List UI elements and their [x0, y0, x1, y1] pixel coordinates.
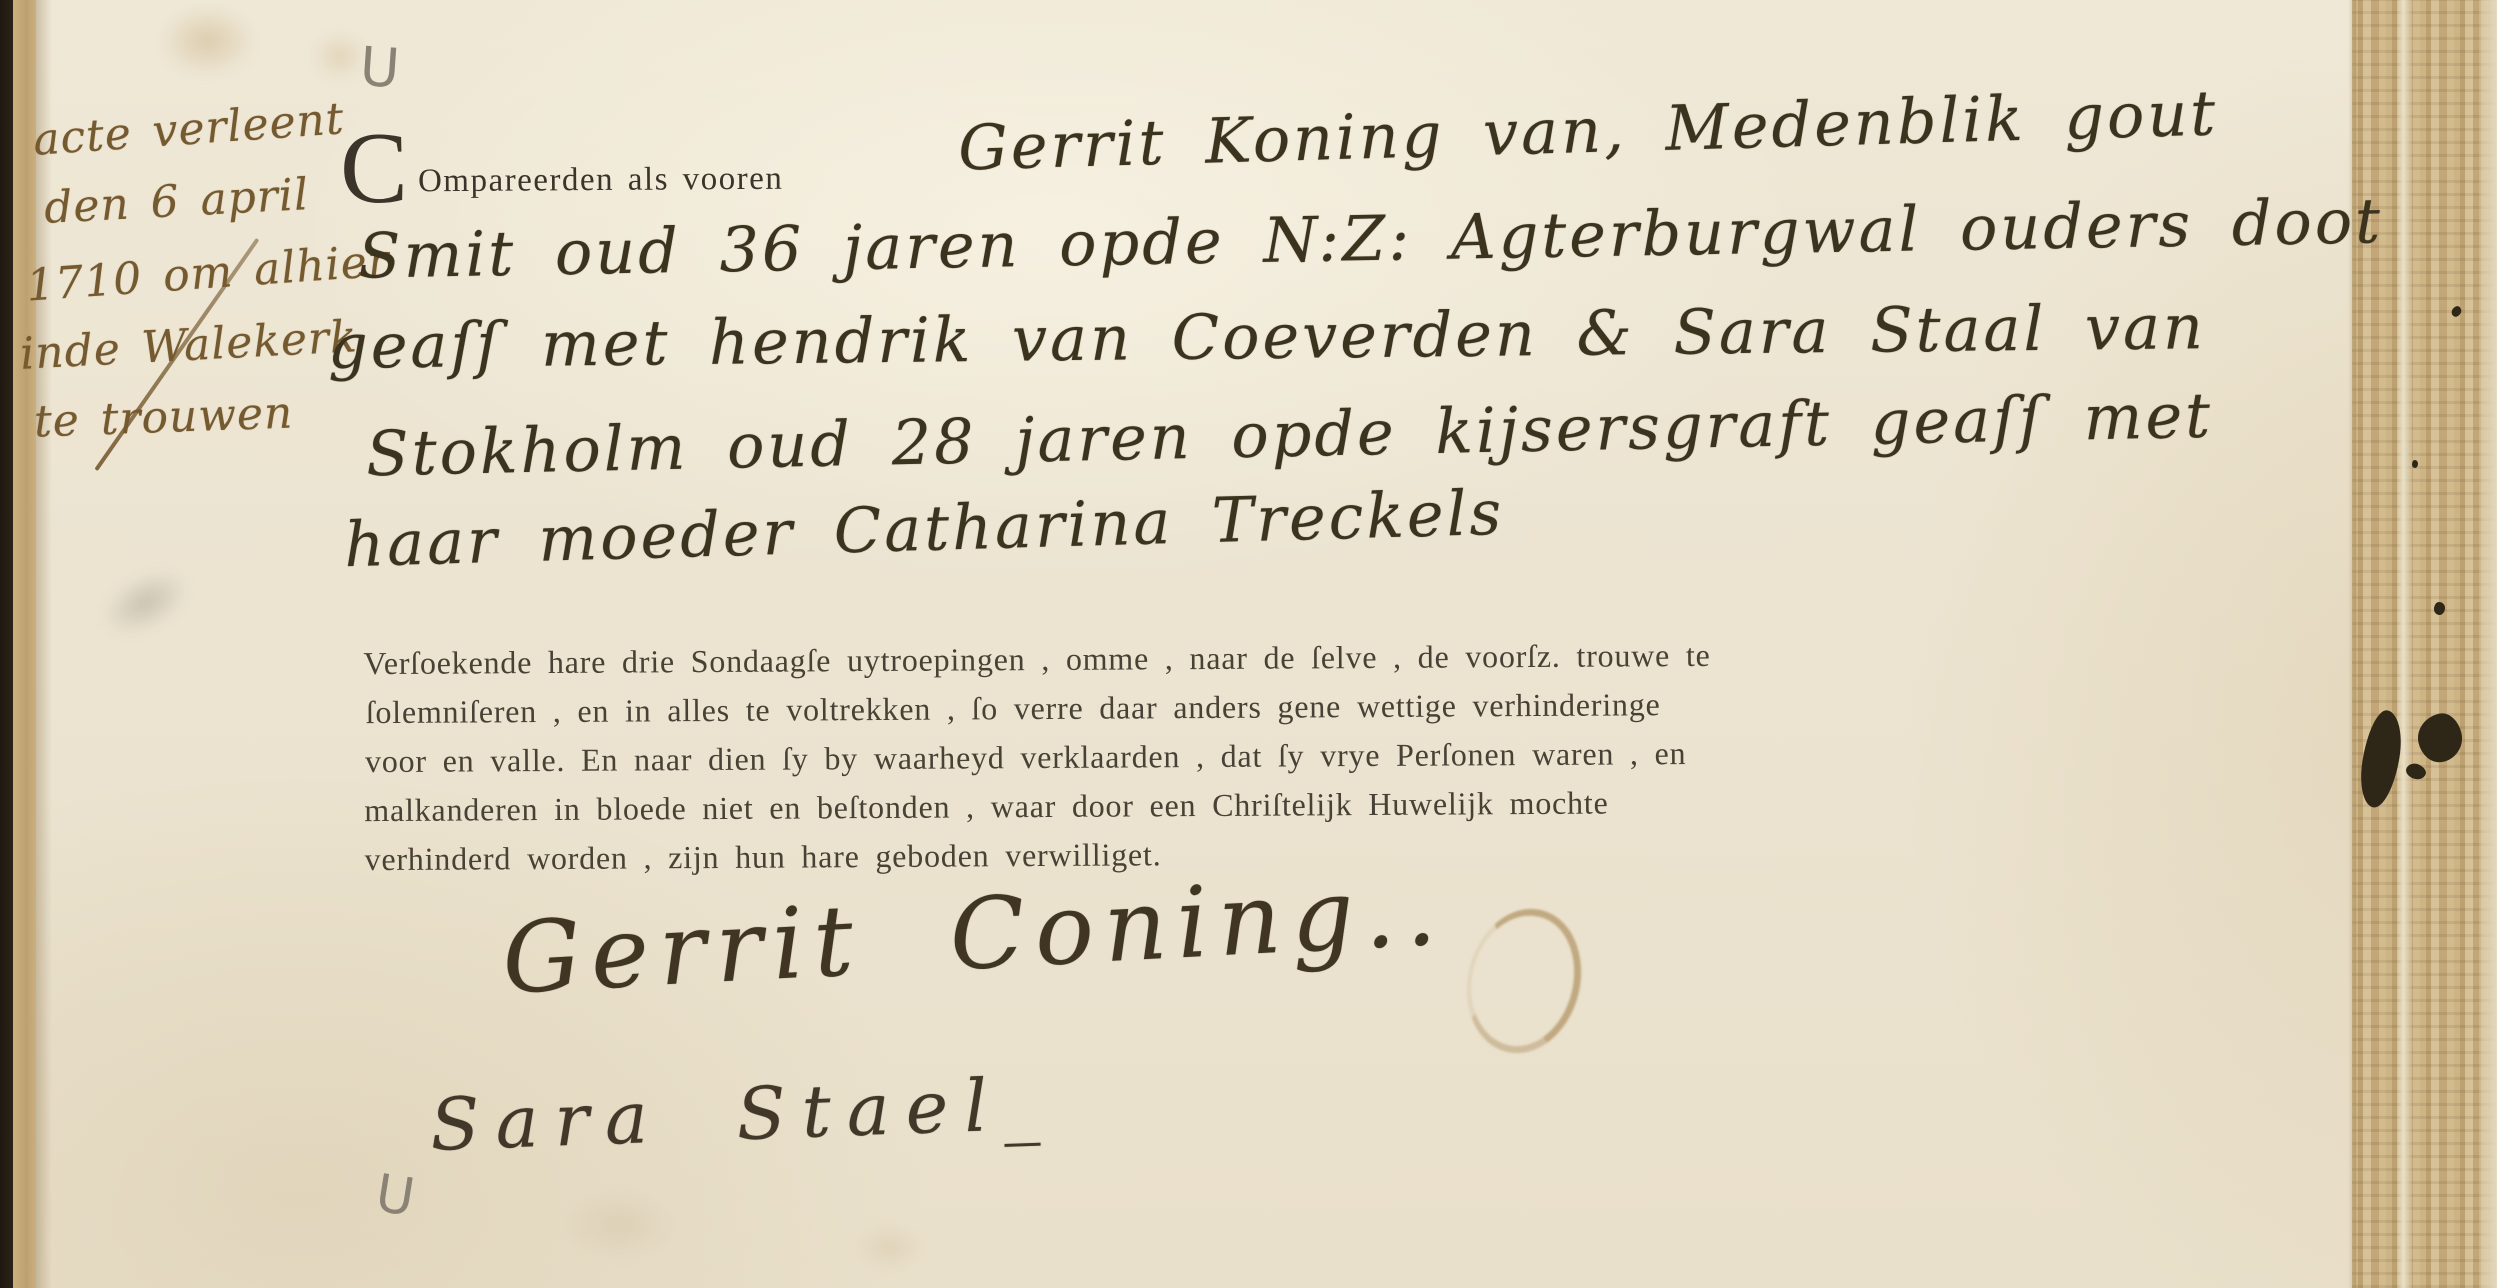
ink-ring-stain: [1452, 897, 1596, 1066]
pencil-mark-top: U: [358, 35, 402, 101]
pencil-mark-bottom: U: [372, 1163, 419, 1228]
fore-edge-gap-strip: [2398, 0, 2412, 1288]
paper-stain: [560, 1190, 680, 1260]
paper-smudge: [91, 556, 201, 649]
entry-line-3: geaſſ met hendrik van Coeverden & Sara S…: [328, 290, 2207, 383]
entry-line-2: Smit oud 36 jaren opde N:Z: Agterburgwal…: [358, 184, 2384, 292]
printed-intro-text: Ompareerden als vooren: [418, 161, 784, 201]
paper-stain: [160, 6, 255, 76]
left-binding-edge-tan: [13, 0, 36, 1288]
margin-note-line-2: den 6 april: [43, 169, 310, 234]
signature-bride: Sara Stael_: [429, 1061, 1057, 1167]
left-binding-edge-dark: [0, 0, 13, 1288]
margin-note-line-4: inde Walekerk: [19, 311, 359, 380]
register-page-scan: U U acte verleent den 6 april 1710 om al…: [0, 0, 2497, 1288]
margin-note-line-5: te trouwen: [33, 387, 294, 447]
entry-line-5: haar moeder Catharina Treckels: [343, 476, 1505, 581]
margin-note-line-3: 1710 om alhier: [25, 235, 392, 311]
printed-clause: Verſoekende hare drie Sondaagſe uytroepi…: [363, 629, 2044, 884]
entry-line-1: Gerrit Koning van, Medenblik gout: [957, 76, 2219, 184]
paper-stain: [855, 1225, 925, 1270]
entry-line-4: Stokholm oud 28 jaren opde kijsersgraft …: [365, 379, 2213, 491]
fore-edge-outer-strip: [2479, 0, 2497, 1288]
printed-intro-initial: C: [340, 118, 408, 220]
margin-note-line-1: acte verleent: [32, 93, 346, 166]
